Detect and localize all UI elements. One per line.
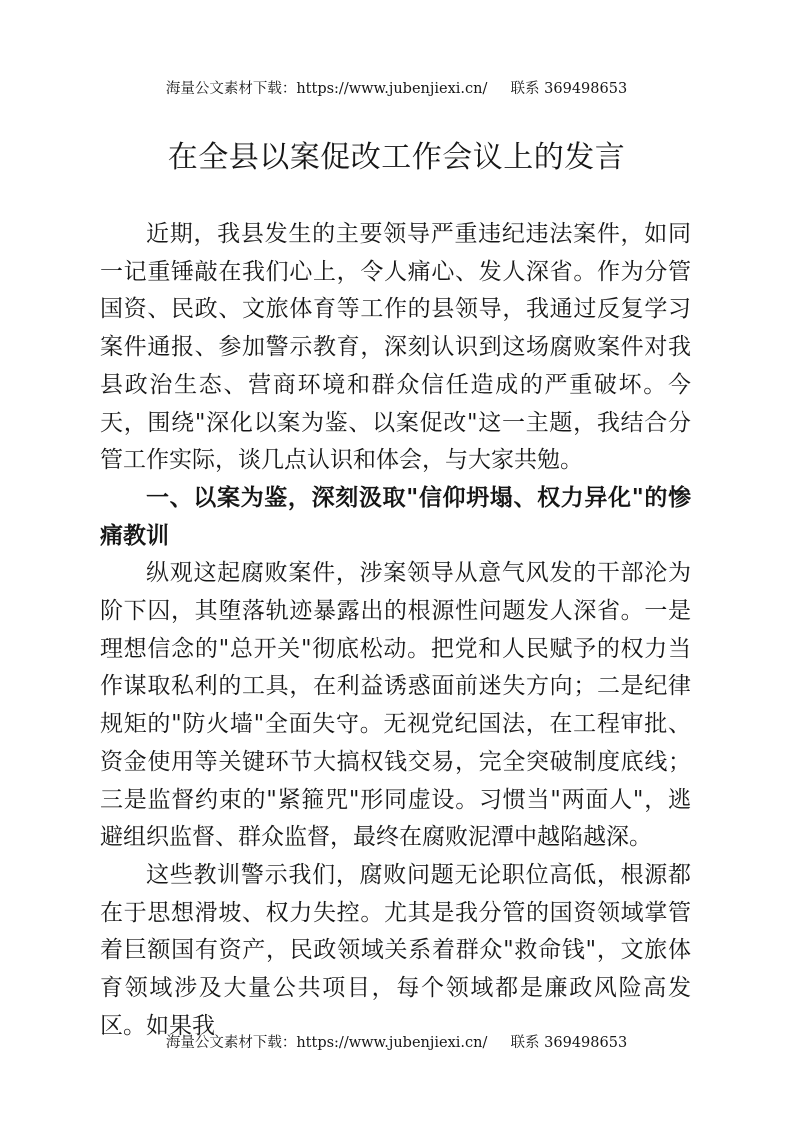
- footer-source-text: 海量公文素材下载：https://www.jubenjiexi.cn/: [166, 1035, 488, 1051]
- page-footer: 海量公文素材下载：https://www.jubenjiexi.cn/联系 36…: [0, 1031, 793, 1052]
- document-title: 在全县以案促改工作会议上的发言: [0, 132, 793, 176]
- section-heading-1: 一、以案为鉴，深刻汲取"信仰坍塌、权力异化"的惨痛教训: [100, 480, 691, 555]
- footer-contact: 联系 369498653: [511, 1035, 628, 1051]
- document-page: 海量公文素材下载：https://www.jubenjiexi.cn/联系 36…: [0, 0, 793, 1122]
- paragraph-case-lessons: 纵观这起腐败案件，涉案领导从意气风发的干部沦为阶下囚，其堕落轨迹暴露出的根源性问…: [100, 555, 691, 857]
- paragraph-intro: 近期，我县发生的主要领导严重违纪违法案件，如同一记重锤敲在我们心上，令人痛心、发…: [100, 216, 691, 480]
- page-header: 海量公文素材下载：https://www.jubenjiexi.cn/联系 36…: [0, 77, 793, 98]
- document-body: 近期，我县发生的主要领导严重违纪违法案件，如同一记重锤敲在我们心上，令人痛心、发…: [100, 216, 691, 1045]
- header-source-text: 海量公文素材下载：https://www.jubenjiexi.cn/: [166, 81, 488, 97]
- header-contact: 联系 369498653: [511, 81, 628, 97]
- paragraph-warnings: 这些教训警示我们，腐败问题无论职位高低，根源都在于思想滑坡、权力失控。尤其是我分…: [100, 857, 691, 1046]
